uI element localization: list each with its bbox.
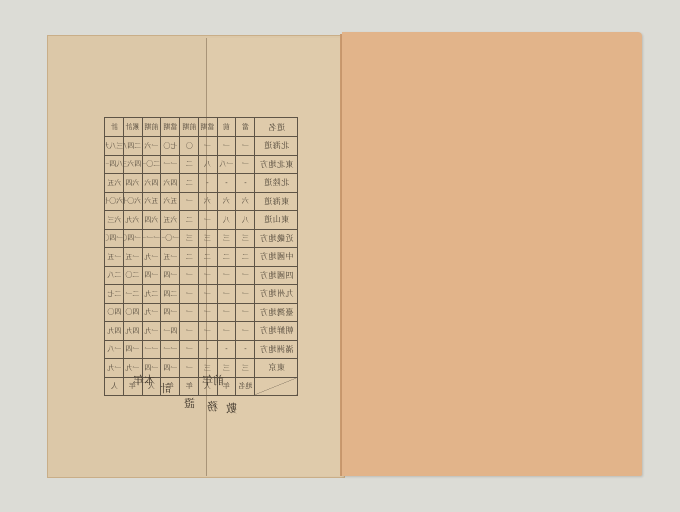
- row-label: 東山道: [255, 211, 298, 230]
- table-header-row: 計 累計 前期 當期 前期 當期 前 當 道名: [105, 118, 298, 137]
- table-cell: 二七: [105, 285, 124, 304]
- header-cell: 計: [105, 118, 124, 137]
- table-cell: 二四: [161, 285, 180, 304]
- row-label: 北海道: [255, 137, 298, 156]
- table-cell: 三: [217, 229, 236, 248]
- table-cell: 一四〇: [123, 229, 142, 248]
- table-cell: 四〇: [123, 303, 142, 322]
- table-cell: 六〇七: [123, 192, 142, 211]
- table-cell: 二一: [123, 285, 142, 304]
- caption-char: 數: [226, 400, 237, 416]
- table-cell: 三: [236, 359, 255, 378]
- table-cell: 二: [180, 211, 199, 230]
- row-label: 東海道: [255, 192, 298, 211]
- table-cell: 二九: [142, 285, 161, 304]
- table-cell: 一六: [142, 137, 161, 156]
- table-cell: 三: [236, 229, 255, 248]
- table-cell: 一: [236, 285, 255, 304]
- table-cell: 八: [198, 155, 217, 174]
- diagonal-header-cell: [255, 377, 298, 396]
- table-cell: 一九: [105, 359, 124, 378]
- table-cell: 二: [180, 248, 199, 267]
- header-cell: 道名: [255, 118, 298, 137]
- row-label: 滿洲地方: [255, 340, 298, 359]
- row-label: 九州地方: [255, 285, 298, 304]
- table-row: 二七二一二九二四一一一一九州地方: [105, 285, 298, 304]
- table-cell: 二〇: [123, 266, 142, 285]
- table-cell: 二八: [105, 266, 124, 285]
- caption-char: 證: [184, 395, 195, 411]
- table-cell: 一: [180, 192, 199, 211]
- table-cell: 四〇: [105, 303, 124, 322]
- table-cell: -: [198, 174, 217, 193]
- table-cell: 八: [236, 211, 255, 230]
- table-cell: 四一: [161, 322, 180, 341]
- footer-cell: 人: [105, 377, 124, 396]
- row-label: 東北地方: [255, 155, 298, 174]
- table-row: 四九四九一九四一一一一一朝鮮地方: [105, 322, 298, 341]
- table-cell: 一四: [161, 303, 180, 322]
- header-cell: 當: [236, 118, 255, 137]
- row-label: 四國地方: [255, 266, 298, 285]
- table-row: 一五一五一九一五二二二二中國地方: [105, 248, 298, 267]
- table-cell: 一: [198, 285, 217, 304]
- table-cell: 六: [236, 192, 255, 211]
- table-cell: 一: [217, 266, 236, 285]
- table-cell: -: [236, 174, 255, 193]
- table-cell: 一: [217, 285, 236, 304]
- table-cell: 一五: [123, 248, 142, 267]
- table-cell: -: [217, 340, 236, 359]
- table-cell: 二: [198, 248, 217, 267]
- table-cell: 六五: [161, 211, 180, 230]
- table-cell: 二: [236, 248, 255, 267]
- table-cell: 一: [198, 322, 217, 341]
- table-cell: 一: [236, 322, 255, 341]
- table-cell: 一四: [123, 340, 142, 359]
- table-cell: 六三: [105, 211, 124, 230]
- table-cell: 一: [198, 303, 217, 322]
- table-cell: 六〇七: [105, 192, 124, 211]
- table-cell: 二: [180, 155, 199, 174]
- table-cell: 一: [180, 266, 199, 285]
- table-cell: 一四: [161, 266, 180, 285]
- table-cell: 六: [198, 192, 217, 211]
- table-cell: 一〇一: [161, 229, 180, 248]
- footer-cell: 年: [180, 377, 199, 396]
- table-cell: 一: [180, 285, 199, 304]
- row-label: 北陸道: [255, 174, 298, 193]
- table-cell: 一九: [142, 303, 161, 322]
- table-cell: 一: [198, 211, 217, 230]
- table-row: 六五六四四六四六二---北陸道: [105, 174, 298, 193]
- table-cell: 一: [198, 266, 217, 285]
- table-cell: 一四: [142, 266, 161, 285]
- table-cell: 一: [180, 359, 199, 378]
- table-cell: 一九: [142, 322, 161, 341]
- header-cell: 當期: [198, 118, 217, 137]
- table-cell: 一一: [161, 155, 180, 174]
- table-cell: 一: [217, 303, 236, 322]
- statistics-table: 計 累計 前期 當期 前期 當期 前 當 道名 三八九二四八一六七〇〇一一一北海…: [104, 117, 298, 396]
- table-row: 四〇四〇一九一四一一一一臺灣地方: [105, 303, 298, 322]
- header-cell: 前期: [180, 118, 199, 137]
- footer-label: 計: [160, 380, 171, 396]
- table-cell: 四六三: [123, 155, 142, 174]
- table-cell: 一一一: [142, 229, 161, 248]
- footer-label: 前年: [202, 372, 224, 388]
- header-cell: 累計: [123, 118, 142, 137]
- table-cell: 六五: [105, 174, 124, 193]
- table-cell: 五六: [161, 192, 180, 211]
- table-cell: 三八九: [105, 137, 124, 156]
- table-cell: 一九: [142, 248, 161, 267]
- table-cell: 三: [180, 229, 199, 248]
- table-row: 六三六九六四六五二一八八東山道: [105, 211, 298, 230]
- table-cell: 一八: [105, 340, 124, 359]
- table-cell: 一: [217, 137, 236, 156]
- table-cell: 六九: [123, 211, 142, 230]
- table-cell: 六四: [142, 211, 161, 230]
- footer-label: 本年: [133, 372, 155, 388]
- table-cell: 一一: [161, 340, 180, 359]
- table-cell: 一: [236, 266, 255, 285]
- table-cell: -: [198, 340, 217, 359]
- row-label: 臺灣地方: [255, 303, 298, 322]
- table-cell: 一四: [161, 359, 180, 378]
- table-cell: 七〇: [161, 137, 180, 156]
- table-row: 一八一四一一一一一---滿洲地方: [105, 340, 298, 359]
- table-cell: 二: [217, 248, 236, 267]
- table-cell: 一: [236, 303, 255, 322]
- table-cell: 一八: [217, 155, 236, 174]
- header-cell: 前期: [142, 118, 161, 137]
- table-cell: 二: [180, 174, 199, 193]
- table-cell: 一: [180, 303, 199, 322]
- footer-cell: 地名: [236, 377, 255, 396]
- table-cell: 六四: [123, 174, 142, 193]
- table-cell: 一: [198, 137, 217, 156]
- table-cell: 六: [217, 192, 236, 211]
- table-cell: 一五: [105, 248, 124, 267]
- row-label: 中國地方: [255, 248, 298, 267]
- table-cell: 四六: [142, 174, 161, 193]
- table-row: 一四〇一四〇一一一一〇一三三三三近畿地方: [105, 229, 298, 248]
- table-cell: 八四一: [105, 155, 124, 174]
- table-cell: 八: [217, 211, 236, 230]
- table-row: 八四一四六三二〇一一一二八一八一東北地方: [105, 155, 298, 174]
- row-label: 朝鮮地方: [255, 322, 298, 341]
- table-cell: 一: [180, 340, 199, 359]
- table-cell: -: [236, 340, 255, 359]
- row-label: 東京: [255, 359, 298, 378]
- header-cell: 前: [217, 118, 236, 137]
- table-cell: 一: [236, 137, 255, 156]
- row-label: 近畿地方: [255, 229, 298, 248]
- table-row: 三八九二四八一六七〇〇一一一北海道: [105, 137, 298, 156]
- table-cell: 四九: [105, 322, 124, 341]
- table-row: 六〇七六〇七五六五六一六六六東海道: [105, 192, 298, 211]
- table-cell: 四九: [123, 322, 142, 341]
- table-cell: 〇: [180, 137, 199, 156]
- table-cell: 一五: [161, 248, 180, 267]
- table-cell: -: [217, 174, 236, 193]
- table-cell: 一: [236, 155, 255, 174]
- table-cell: 五六: [142, 192, 161, 211]
- table-cell: 二四八: [123, 137, 142, 156]
- table-cell: 四六: [161, 174, 180, 193]
- table-cell: 一四〇: [105, 229, 124, 248]
- table-cell: 三: [198, 229, 217, 248]
- table-cell: 一一: [142, 340, 161, 359]
- table-row: 二八二〇一四一四一一一一四國地方: [105, 266, 298, 285]
- caption-char: 務: [207, 398, 218, 414]
- table-cell: 一: [180, 322, 199, 341]
- table-cell: 一: [217, 322, 236, 341]
- header-cell: 當期: [161, 118, 180, 137]
- right-page-blank: [342, 32, 642, 476]
- table-cell: 二〇一: [142, 155, 161, 174]
